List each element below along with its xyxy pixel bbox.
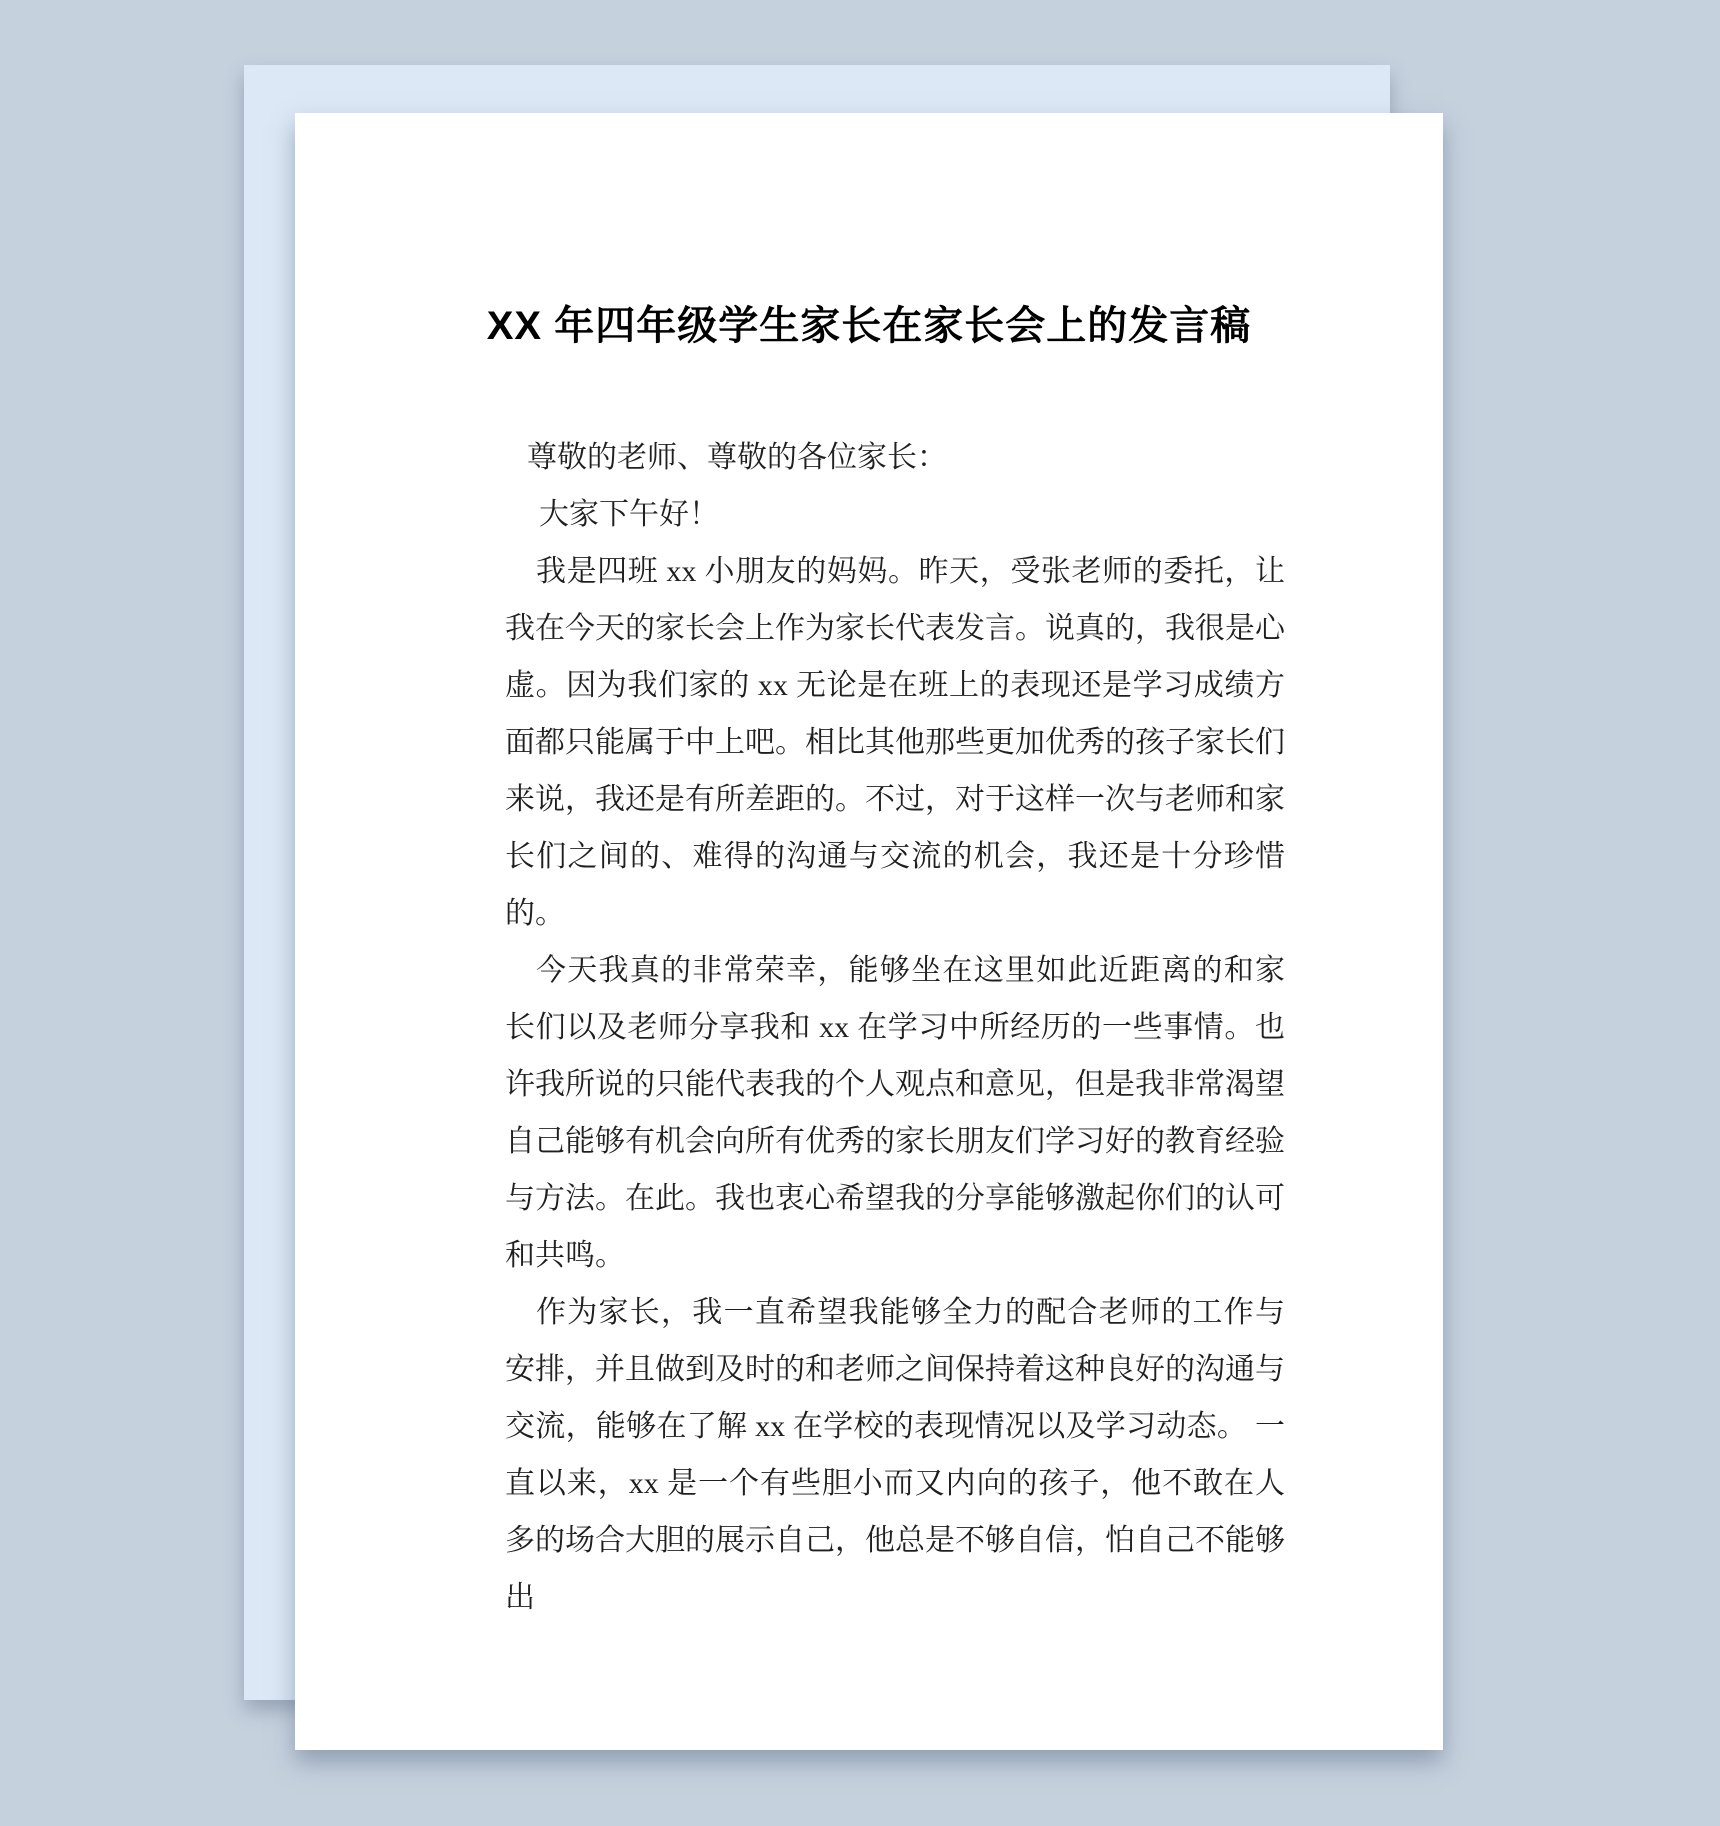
document-page: XX 年四年级学生家长在家长会上的发言稿 尊敬的老师、尊敬的各位家长： 大家下午… <box>295 113 1443 1750</box>
salutation-line: 尊敬的老师、尊敬的各位家长： <box>505 429 1285 486</box>
paragraph-3: 作为家长，我一直希望我能够全力的配合老师的工作与安排，并且做到及时的和老师之间保… <box>505 1284 1285 1626</box>
greeting-line: 大家下午好！ <box>505 486 1285 543</box>
paragraph-1: 我是四班 xx 小朋友的妈妈。昨天，受张老师的委托，让我在今天的家长会上作为家长… <box>505 543 1285 942</box>
document-body: 尊敬的老师、尊敬的各位家长： 大家下午好！ 我是四班 xx 小朋友的妈妈。昨天，… <box>505 429 1285 1626</box>
desk-background: XX 年四年级学生家长在家长会上的发言稿 尊敬的老师、尊敬的各位家长： 大家下午… <box>0 0 1720 1826</box>
document-title: XX 年四年级学生家长在家长会上的发言稿 <box>295 298 1443 354</box>
paragraph-2: 今天我真的非常荣幸，能够坐在这里如此近距离的和家长们以及老师分享我和 xx 在学… <box>505 942 1285 1284</box>
